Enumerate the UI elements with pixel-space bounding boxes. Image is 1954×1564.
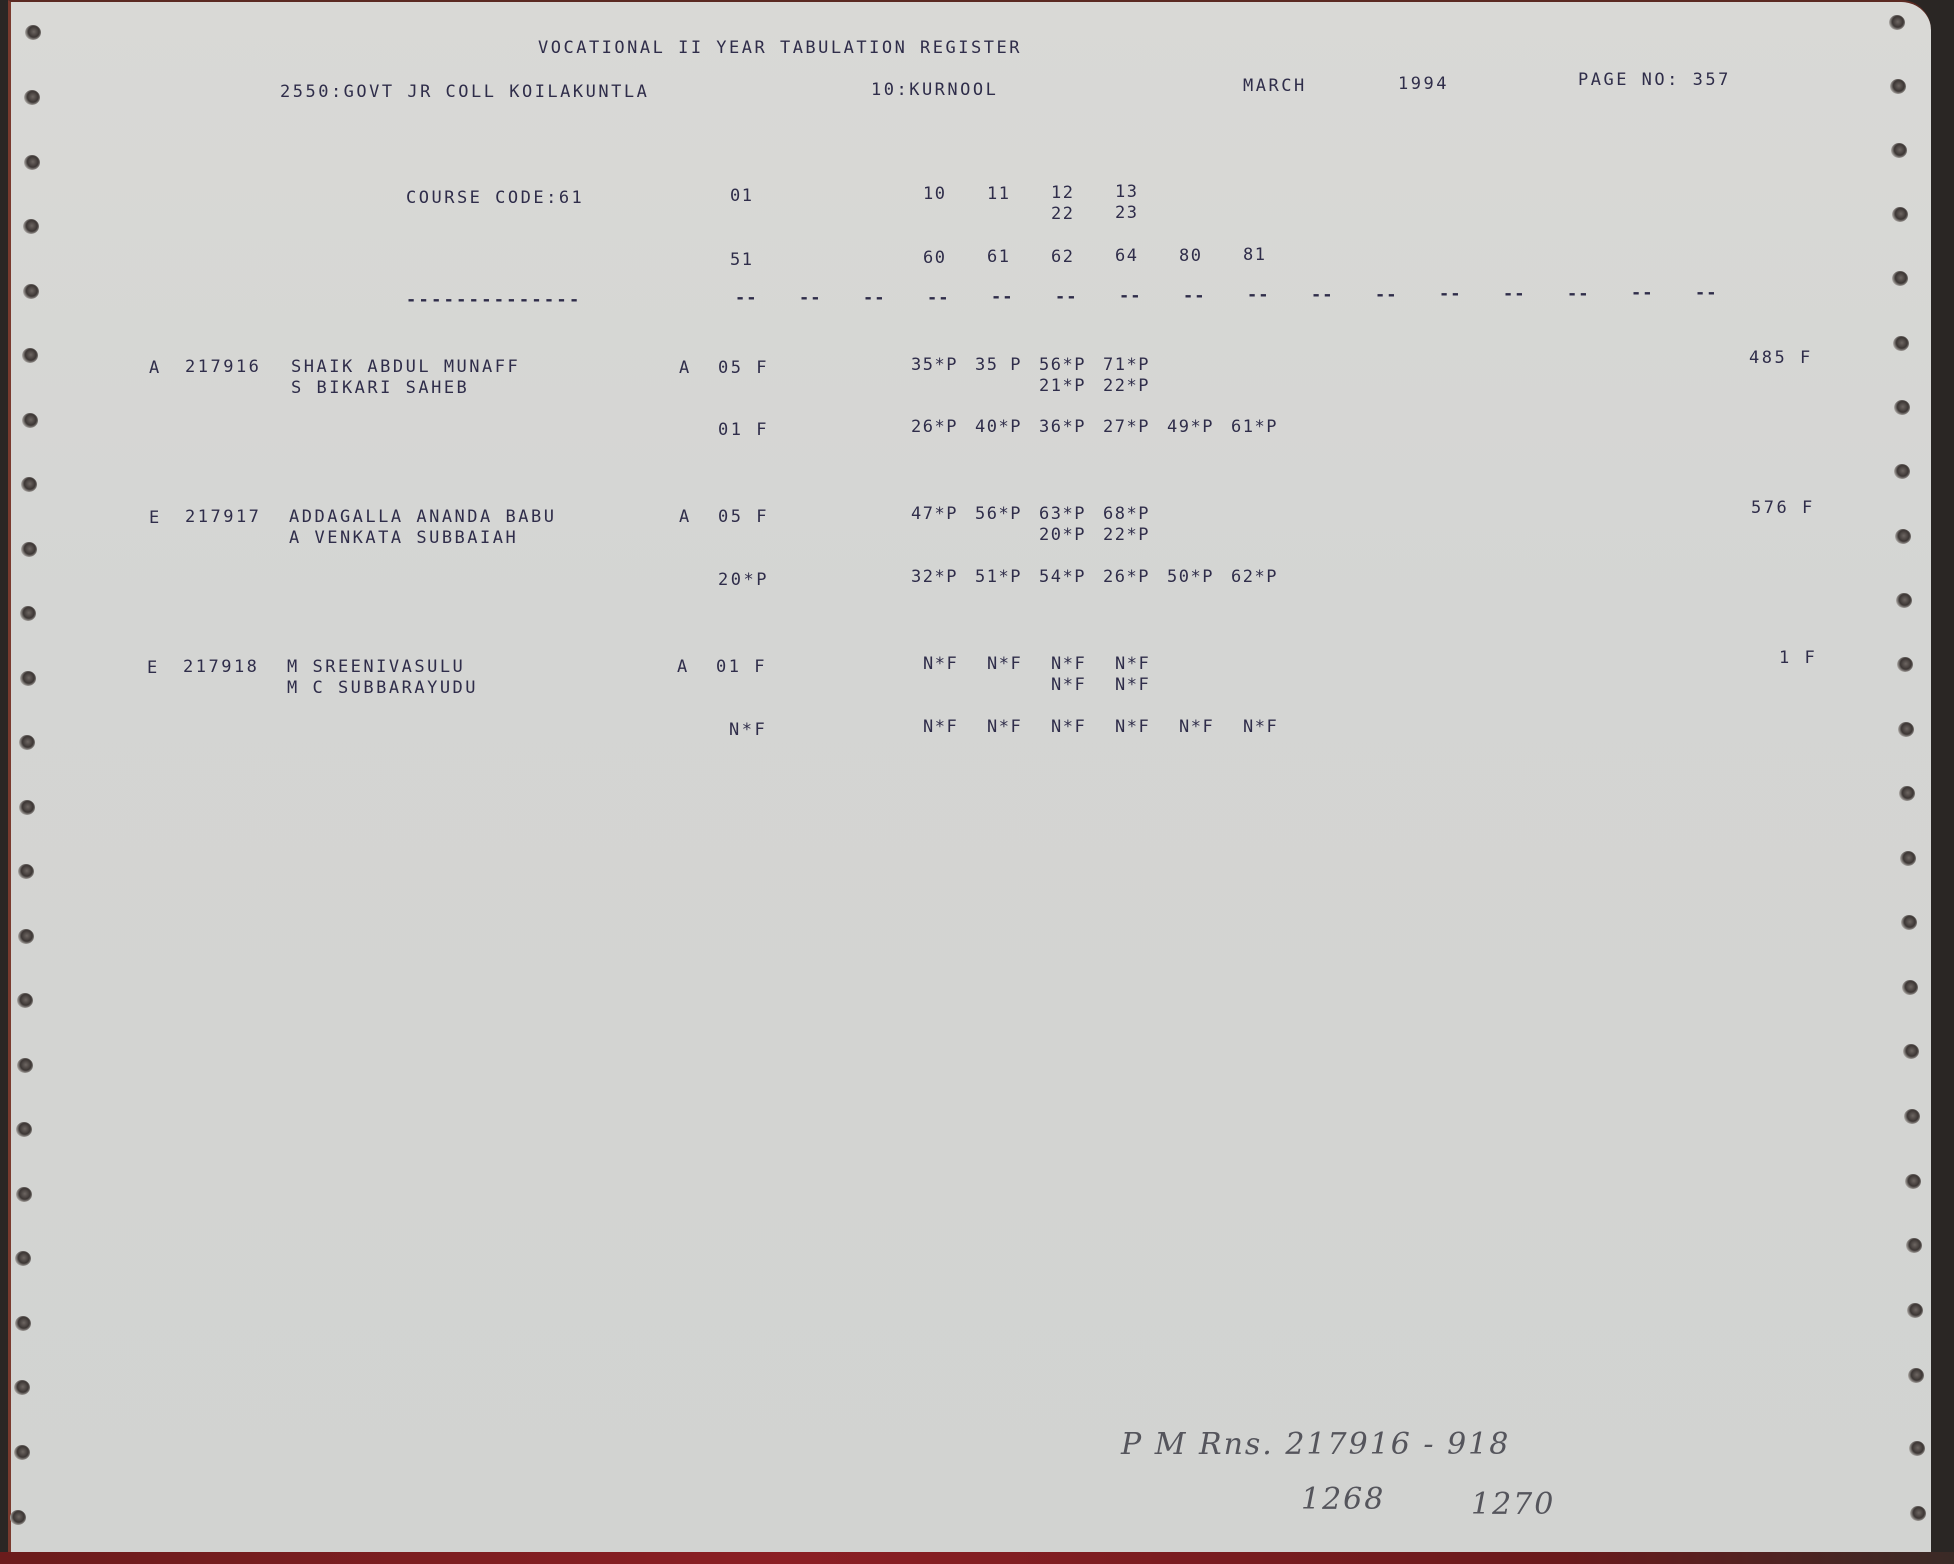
subject-code: 64 [1115, 246, 1138, 266]
subject-code: 10 [923, 184, 946, 204]
student-category: E [147, 658, 160, 678]
subject-mark: N*F [1051, 717, 1086, 737]
feed-hole-icon [1903, 1044, 1919, 1059]
feed-hole-icon [1892, 271, 1908, 286]
subject-mark: 32*P [911, 567, 958, 587]
subject-code: 51 [730, 250, 753, 270]
language-result: 20*P [718, 570, 769, 590]
feed-hole-icon [21, 477, 37, 492]
subject-mark: 22*P [1103, 376, 1150, 396]
subject-mark: 21*P [1039, 376, 1086, 396]
subject-mark: N*F [1051, 654, 1086, 674]
language-result: 01 F [718, 420, 769, 440]
feed-hole-icon [14, 1445, 30, 1460]
feed-hole-icon [16, 1187, 32, 1202]
feed-hole-icon [1907, 1303, 1923, 1318]
feed-hole-icon [1889, 15, 1905, 30]
student-regno: 217916 [185, 357, 261, 377]
feed-hole-icon [10, 1510, 26, 1525]
language-result: 05 F [718, 358, 769, 378]
subject-mark: 26*P [1103, 567, 1150, 587]
student-grade: A [679, 358, 692, 378]
course-underline: -------------- [406, 290, 582, 310]
binder-edge [0, 1552, 1954, 1564]
student-name: SHAIK ABDUL MUNAFF [291, 357, 520, 377]
feed-hole-icon [1906, 1238, 1922, 1253]
subject-mark: 62*P [1231, 567, 1278, 587]
column-separator: -- [863, 288, 885, 308]
subject-mark: N*F [1243, 717, 1278, 737]
feed-hole-icon [23, 219, 39, 234]
feed-hole-icon [20, 671, 36, 686]
feed-hole-icon [1905, 1174, 1921, 1189]
subject-mark: 40*P [975, 417, 1022, 437]
feed-hole-icon [18, 864, 34, 879]
language-result: 01 F [716, 657, 767, 677]
language-result: 05 F [718, 507, 769, 527]
column-separator: -- [1567, 284, 1589, 304]
feed-hole-icon [18, 929, 34, 944]
subject-mark: 61*P [1231, 417, 1278, 437]
exam-month: MARCH [1243, 76, 1307, 96]
column-separator: -- [1631, 283, 1653, 303]
subject-mark: 26*P [911, 417, 958, 437]
column-separator: -- [1247, 285, 1269, 305]
subject-mark: 51*P [975, 567, 1022, 587]
college-name: 2550:GOVT JR COLL KOILAKUNTLA [280, 82, 649, 102]
course-code-label: COURSE CODE:61 [406, 188, 584, 208]
register-page: VOCATIONAL II YEAR TABULATION REGISTER 2… [8, 0, 1931, 1554]
feed-hole-icon [1902, 980, 1918, 995]
subject-mark: 49*P [1167, 417, 1214, 437]
column-separator: -- [1183, 286, 1205, 306]
feed-hole-icon [1908, 1368, 1924, 1383]
student-regno: 217917 [185, 507, 261, 527]
column-separator: -- [1119, 286, 1141, 306]
feed-hole-icon [19, 735, 35, 750]
feed-hole-icon [17, 1058, 33, 1073]
subject-mark: 50*P [1167, 567, 1214, 587]
subject-mark: N*F [1115, 717, 1150, 737]
feed-hole-icon [23, 284, 39, 299]
subject-mark: 35 P [975, 355, 1022, 375]
page-number: PAGE NO: 357 [1578, 70, 1731, 90]
subject-mark: 47*P [911, 504, 958, 524]
column-separator: -- [991, 287, 1013, 307]
feed-hole-icon [1897, 657, 1913, 672]
subject-mark: 68*P [1103, 504, 1150, 524]
subject-mark: N*F [923, 717, 958, 737]
subject-mark: 27*P [1103, 417, 1150, 437]
subject-code: 01 [730, 186, 753, 206]
feed-hole-icon [15, 1251, 31, 1266]
feed-hole-icon [19, 800, 35, 815]
exam-year: 1994 [1398, 74, 1449, 94]
column-separator: -- [1055, 287, 1077, 307]
subject-code: 22 [1051, 204, 1074, 224]
total-result: 1 F [1779, 648, 1817, 668]
total-result: 576 F [1751, 498, 1815, 518]
subject-code: 62 [1051, 247, 1074, 267]
subject-code: 81 [1243, 245, 1266, 265]
feed-hole-icon [1899, 786, 1915, 801]
student-grade: A [677, 657, 690, 677]
feed-hole-icon [1901, 915, 1917, 930]
subject-mark: N*F [1179, 717, 1214, 737]
column-separator: -- [1503, 284, 1525, 304]
subject-code: 61 [987, 247, 1010, 267]
subject-mark: N*F [1051, 675, 1086, 695]
column-separator: -- [1439, 284, 1461, 304]
feed-hole-icon [1898, 722, 1914, 737]
feed-hole-icon [21, 542, 37, 557]
subject-code: 13 [1115, 182, 1138, 202]
student-name: ADDAGALLA ANANDA BABU [289, 507, 556, 527]
student-category: E [149, 508, 162, 528]
column-separator: -- [1311, 285, 1333, 305]
feed-hole-icon [1893, 336, 1909, 351]
student-name: M SREENIVASULU [287, 657, 465, 677]
student-grade: A [679, 507, 692, 527]
feed-hole-icon [1910, 1506, 1926, 1521]
subject-code: 12 [1051, 183, 1074, 203]
subject-mark: 71*P [1103, 355, 1150, 375]
subject-mark: N*F [923, 654, 958, 674]
feed-hole-icon [17, 993, 33, 1008]
feed-hole-icon [20, 606, 36, 621]
subject-code: 80 [1179, 246, 1202, 266]
column-separator: -- [1695, 283, 1717, 303]
feed-hole-icon [24, 90, 40, 105]
father-name: A VENKATA SUBBAIAH [289, 528, 518, 548]
feed-hole-icon [14, 1380, 30, 1395]
total-result: 485 F [1749, 348, 1813, 368]
feed-hole-icon [24, 155, 40, 170]
column-separator: -- [735, 288, 757, 308]
feed-hole-icon [1892, 207, 1908, 222]
feed-hole-icon [1894, 400, 1910, 415]
subject-mark: N*F [1115, 675, 1150, 695]
subject-mark: N*F [987, 654, 1022, 674]
subject-code: 60 [923, 248, 946, 268]
subject-mark: 36*P [1039, 417, 1086, 437]
subject-code: 11 [987, 184, 1010, 204]
column-separator: -- [1375, 285, 1397, 305]
student-regno: 217918 [183, 657, 259, 677]
feed-hole-icon [1904, 1109, 1920, 1124]
report-title: VOCATIONAL II YEAR TABULATION REGISTER [538, 38, 1022, 58]
feed-hole-icon [25, 25, 41, 40]
subject-mark: 56*P [1039, 355, 1086, 375]
language-result: N*F [729, 720, 767, 740]
feed-hole-icon [1900, 851, 1916, 866]
subject-mark: N*F [1115, 654, 1150, 674]
father-name: M C SUBBARAYUDU [287, 678, 478, 698]
subject-mark: 56*P [975, 504, 1022, 524]
student-category: A [149, 358, 162, 378]
subject-mark: 35*P [911, 355, 958, 375]
subject-mark: 54*P [1039, 567, 1086, 587]
subject-mark: N*F [987, 717, 1022, 737]
feed-hole-icon [22, 413, 38, 428]
feed-hole-icon [1890, 79, 1906, 94]
subject-mark: 20*P [1039, 525, 1086, 545]
feed-hole-icon [1909, 1441, 1925, 1456]
district-name: 10:KURNOOL [871, 80, 998, 100]
column-separator: -- [799, 288, 821, 308]
feed-hole-icon [16, 1122, 32, 1137]
handwritten-note: 1268 [1301, 1482, 1385, 1517]
feed-hole-icon [22, 348, 38, 363]
subject-mark: 22*P [1103, 525, 1150, 545]
feed-hole-icon [1896, 593, 1912, 608]
father-name: S BIKARI SAHEB [291, 378, 469, 398]
subject-mark: 63*P [1039, 504, 1086, 524]
subject-code: 23 [1115, 203, 1138, 223]
feed-hole-icon [1894, 464, 1910, 479]
column-separator: -- [927, 288, 949, 308]
feed-hole-icon [1891, 143, 1907, 158]
handwritten-note: P M Rns. 217916 - 918 [1121, 1427, 1510, 1462]
feed-hole-icon [15, 1316, 31, 1331]
feed-hole-icon [1895, 529, 1911, 544]
handwritten-note: 1270 [1471, 1487, 1555, 1522]
